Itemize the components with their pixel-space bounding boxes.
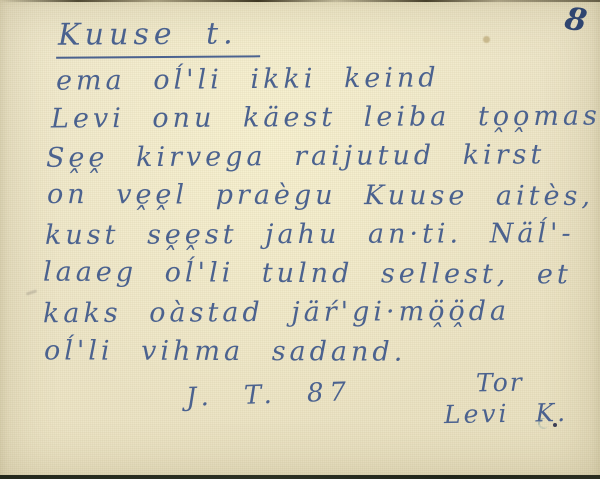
handwritten-line-2: Levi onu käest leiba to̭o̭mas.	[51, 101, 600, 135]
scanned-card: 8 Kuuse t. ema oĺ'li ikki keind Levi onu…	[0, 0, 600, 479]
handwritten-line-6: laaeg oĺ'li tulnd sellest, et	[43, 257, 572, 291]
scan-edge-bottom	[0, 475, 600, 479]
page-number: 8	[563, 1, 590, 40]
scan-edge-top	[0, 0, 600, 2]
handwritten-line-3: Sḙḙ kirvega raijutud kirst	[46, 139, 545, 173]
parish-code: Tor	[476, 368, 524, 398]
handwritten-line-4: on vḙḙl praègu Kuuse aitès,	[47, 179, 594, 212]
handwritten-line-8: oĺ'li vihma sadand.	[44, 335, 406, 367]
paper-speck	[483, 36, 490, 43]
handwritten-line-7: kaks oàstad jäŕ'gi·mö̭ö̭da	[43, 296, 510, 329]
paper-speck	[26, 289, 37, 295]
collector-initials-year: J. T. 87	[186, 377, 353, 413]
handwritten-line-1: ema oĺ'li ikki keind	[56, 62, 440, 96]
card-title: Kuuse t.	[56, 16, 260, 58]
handwritten-line-5: kust sḙḙst jahu an·ti. Näĺ'-	[45, 218, 575, 251]
informant-name: Levi K.	[444, 398, 569, 429]
